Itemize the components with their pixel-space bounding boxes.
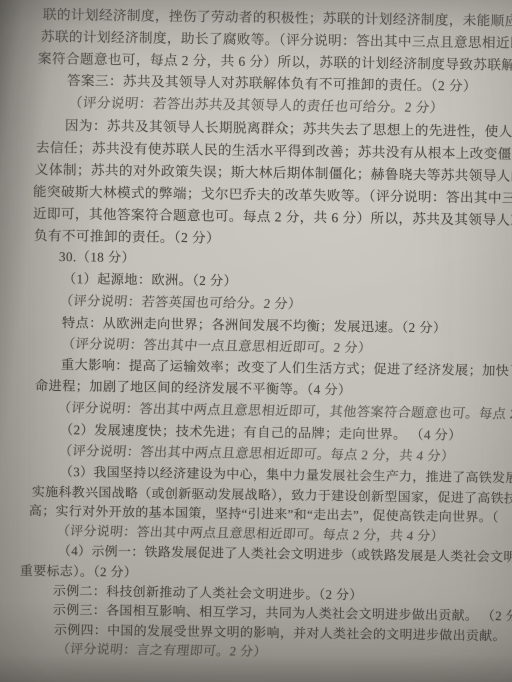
text-line-scoring-note: （评分说明：答出其中一点且意思相近即可。2 分） — [61, 333, 373, 356]
text-line-scoring-note: （评分说明：若答英国也可给分。2 分） — [59, 290, 303, 312]
text-line: 重要标志）。（2 分） — [20, 560, 137, 581]
text-line: 负有不可推卸的责任。（2 分） — [34, 224, 220, 247]
text-line-question-number: 30.（18 分） — [59, 246, 135, 266]
text-line: （1）起源地：欧洲。（2 分） — [63, 268, 237, 289]
document-text: 联的计划经济制度，挫伤了劳动者的积极性；苏联的计划经济制度，未能顺应时代的 苏联… — [0, 0, 512, 682]
text-line-scoring-note: （评分说明：若答出苏共及其领导人的责任也可给分。2 分） — [68, 91, 445, 116]
photographed-answer-sheet: 联的计划经济制度，挫伤了劳动者的积极性；苏联的计划经济制度，未能顺应时代的 苏联… — [0, 0, 512, 682]
text-line: 命进程；加剧了地区间的经济发展不平衡等。（4 分） — [35, 375, 352, 398]
text-line-scoring-note: （评分说明：言之有理即可。2 分） — [56, 638, 268, 660]
text-line: 特点：从欧洲走向世界；各洲间发展不均衡；发展迅速。（2 分） — [62, 312, 447, 336]
